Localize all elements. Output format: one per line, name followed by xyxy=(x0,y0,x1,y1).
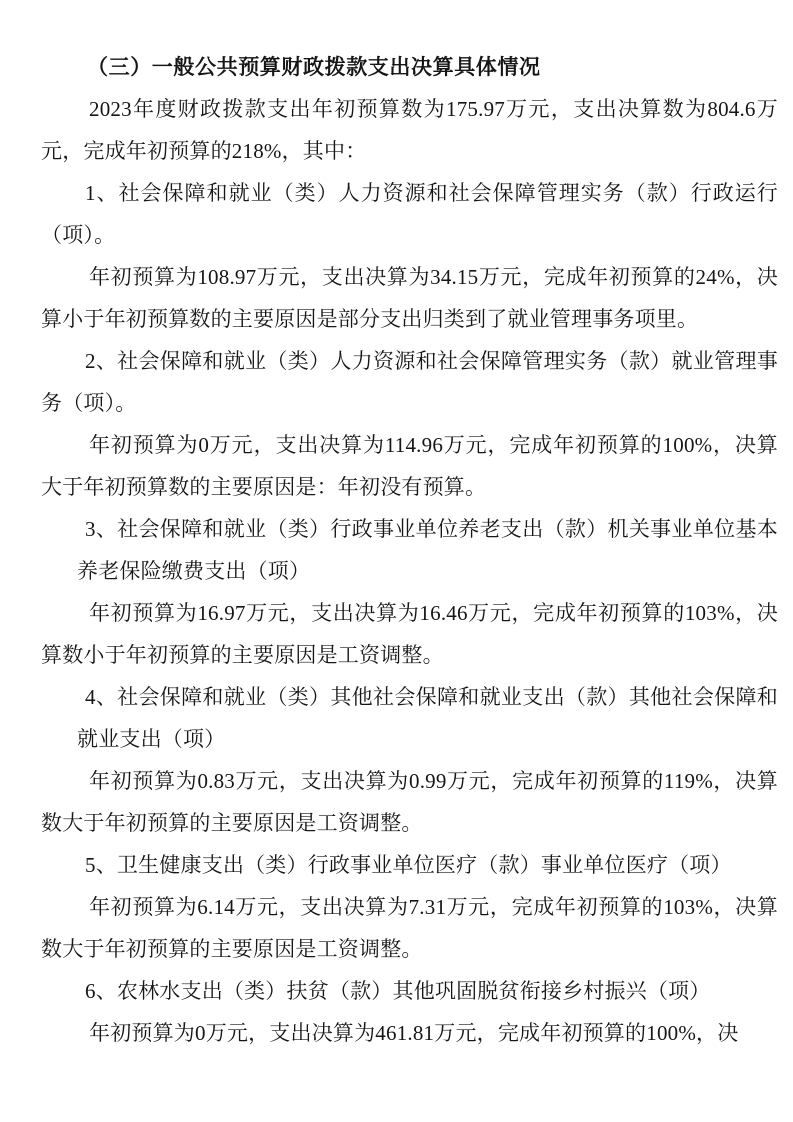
item-3-title: 3、社会保障和就业（类）行政事业单位养老支出（款）机关事业单位基本养老保险缴费支… xyxy=(41,508,778,592)
item-6-title: 6、农林水支出（类）扶贫（款）其他巩固脱贫衔接乡村振兴（项） xyxy=(41,970,778,1012)
item-1-title: 1、社会保障和就业（类）人力资源和社会保障管理实务（款）行政运行（项）。 xyxy=(41,172,778,256)
item-5-title: 5、卫生健康支出（类）行政事业单位医疗（款）事业单位医疗（项） xyxy=(41,844,778,886)
item-4-detail: 年初预算为0.83万元，支出决算为0.99万元，完成年初预算的119%，决算数大… xyxy=(41,760,778,844)
item-1-detail: 年初预算为108.97万元，支出决算为34.15万元，完成年初预算的24%，决算… xyxy=(41,256,778,340)
item-5-detail: 年初预算为6.14万元，支出决算为7.31万元，完成年初预算的103%，决算数大… xyxy=(41,886,778,970)
intro-paragraph: 2023年度财政拨款支出年初预算数为175.97万元，支出决算数为804.6万元… xyxy=(41,88,778,172)
item-6-detail: 年初预算为0万元，支出决算为461.81万元，完成年初预算的100%，决 xyxy=(41,1012,778,1054)
document-page: （三）一般公共预算财政拨款支出决算具体情况 2023年度财政拨款支出年初预算数为… xyxy=(0,0,793,1122)
item-4-title: 4、社会保障和就业（类）其他社会保障和就业支出（款）其他社会保障和就业支出（项） xyxy=(41,676,778,760)
item-3-detail: 年初预算为16.97万元，支出决算为16.46万元，完成年初预算的103%，决算… xyxy=(41,592,778,676)
section-heading: （三）一般公共预算财政拨款支出决算具体情况 xyxy=(41,46,778,88)
item-2-detail: 年初预算为0万元，支出决算为114.96万元，完成年初预算的100%，决算大于年… xyxy=(41,424,778,508)
item-2-title: 2、社会保障和就业（类）人力资源和社会保障管理实务（款）就业管理事务（项）。 xyxy=(41,340,778,424)
